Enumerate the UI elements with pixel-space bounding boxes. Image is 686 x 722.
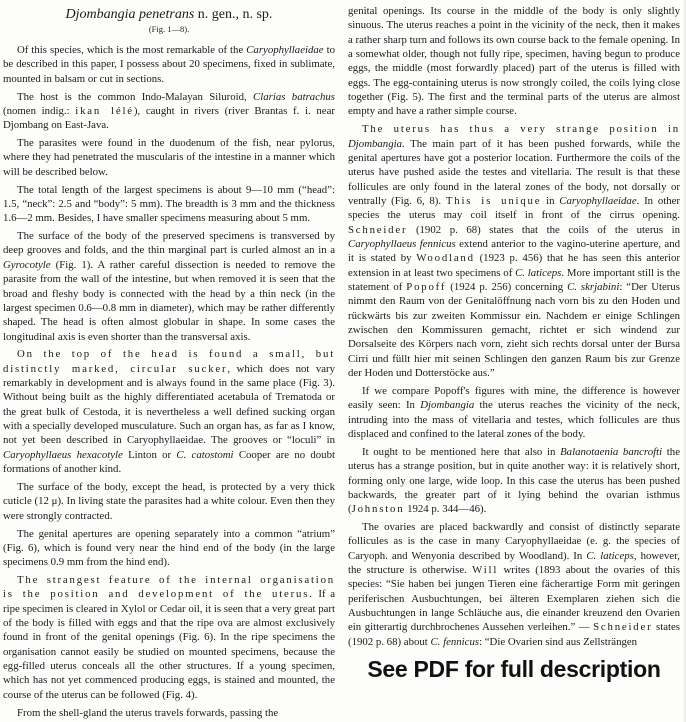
paragraph: From the shell-gland the uterus travels … (3, 706, 335, 720)
text-segment: Clarias batrachus (253, 91, 335, 103)
paragraph: The parasites were found in the duodenum… (3, 136, 335, 179)
text-segment: ikan lélé (75, 105, 134, 117)
paper-title: Djombangia penetrans n. gen., n. sp. (3, 6, 335, 23)
text-segment: From the shell-gland the uterus travels … (17, 707, 278, 719)
text-segment: Djombangia (420, 399, 474, 411)
text-segment: The genital apertures are opening separa… (3, 528, 335, 569)
text-segment: Schneider (593, 621, 652, 633)
text-segment: C. fennicus (430, 636, 479, 648)
text-segment: This is unique (446, 195, 541, 207)
text-segment: Schneider (348, 224, 407, 236)
paragraph: The surface of the body, except the head… (3, 480, 335, 523)
paragraph: The total length of the largest specimen… (3, 183, 335, 226)
text-segment: Caryophyllaeidae (559, 195, 636, 207)
text-segment: Caryophyllaeidae (246, 44, 323, 56)
paragraph: The strangest feature of the internal or… (3, 573, 335, 702)
text-segment: , which does not vary remarkably in deve… (3, 363, 335, 447)
text-segment: C. catostomi (176, 449, 233, 461)
text-segment: The strangest feature of the internal or… (3, 574, 335, 600)
text-segment: : “Der Uterus nimmt den Raum von der Gen… (348, 281, 680, 379)
text-segment: The total length of the largest specimen… (3, 184, 335, 225)
text-segment: Johnston (352, 503, 405, 515)
text-segment: The host is the common Indo-Malayan Silu… (17, 91, 253, 103)
text-segment: genital openings. Its course in the midd… (348, 5, 680, 117)
left-column: Djombangia penetrans n. gen., n. sp. (Fi… (3, 4, 335, 722)
text-segment: Of this species, which is the most remar… (17, 44, 246, 56)
text-segment: The surface of the body, except the head… (3, 481, 335, 522)
text-segment: Gyrocotyle (3, 259, 51, 271)
text-segment: The surface of the body of the preserved… (3, 230, 335, 256)
text-segment: Popoff (406, 281, 446, 293)
see-pdf-note: See PDF for full description (348, 662, 680, 676)
paragraph: Of this species, which is the most remar… (3, 43, 335, 86)
paragraph: The host is the common Indo-Malayan Silu… (3, 90, 335, 133)
figure-caption: (Fig. 1—8). (3, 24, 335, 34)
document-page: Djombangia penetrans n. gen., n. sp. (Fi… (0, 0, 686, 722)
text-segment: C. laticeps (515, 267, 561, 279)
text-segment: It ought to be mentioned here that also … (362, 446, 560, 458)
left-column-text: Of this species, which is the most remar… (3, 43, 335, 720)
text-segment: 1924 p. 344—46). (404, 503, 486, 515)
text-segment: Caryophyllaeus fennicus (348, 238, 456, 250)
paragraph: On the top of the head is found a small,… (3, 347, 335, 476)
text-segment: (nomen indig.: (3, 105, 75, 117)
paragraph: genital openings. Its course in the midd… (348, 4, 680, 119)
text-segment: : “Die Ovarien sind aus Zellsträngen (479, 636, 637, 648)
right-column: genital openings. Its course in the midd… (348, 4, 680, 722)
paragraph: The surface of the body of the preserved… (3, 229, 335, 344)
text-segment: (Fig. 1). A rather careful dissection is… (3, 259, 335, 343)
paragraph: If we compare Popoff's figures with mine… (348, 384, 680, 441)
paragraph: The uterus has thus a very strange posit… (348, 122, 680, 380)
text-segment: The uterus has thus a very strange posit… (362, 123, 680, 135)
text-segment: C. skrjabini (567, 281, 619, 293)
paragraph: The ovaries are placed backwardly and co… (348, 520, 680, 649)
species-name: Djombangia penetrans (66, 7, 195, 22)
text-segment: in (541, 195, 559, 207)
text-segment: C. laticeps (586, 550, 634, 562)
text-segment: If a ripe specimen is cleared in Xylol o… (3, 588, 335, 700)
paragraph: The genital apertures are opening separa… (3, 527, 335, 570)
text-segment: Woodland (416, 252, 475, 264)
title-suffix: n. gen., n. sp. (194, 7, 272, 22)
text-segment: (1902 p. 68) states that the coils of th… (407, 224, 680, 236)
text-segment: Linton or (123, 449, 177, 461)
text-segment: (1924 p. 256) concerning (446, 281, 567, 293)
text-segment: Caryophyllaeus hexacotyle (3, 449, 123, 461)
text-segment: The parasites were found in the duodenum… (3, 137, 335, 178)
text-segment: Balanotaenia bancrofti (560, 446, 662, 458)
right-column-text: genital openings. Its course in the midd… (348, 4, 680, 649)
text-segment: Will (472, 564, 498, 576)
text-segment: Djombangia (348, 138, 402, 150)
paragraph: It ought to be mentioned here that also … (348, 445, 680, 517)
